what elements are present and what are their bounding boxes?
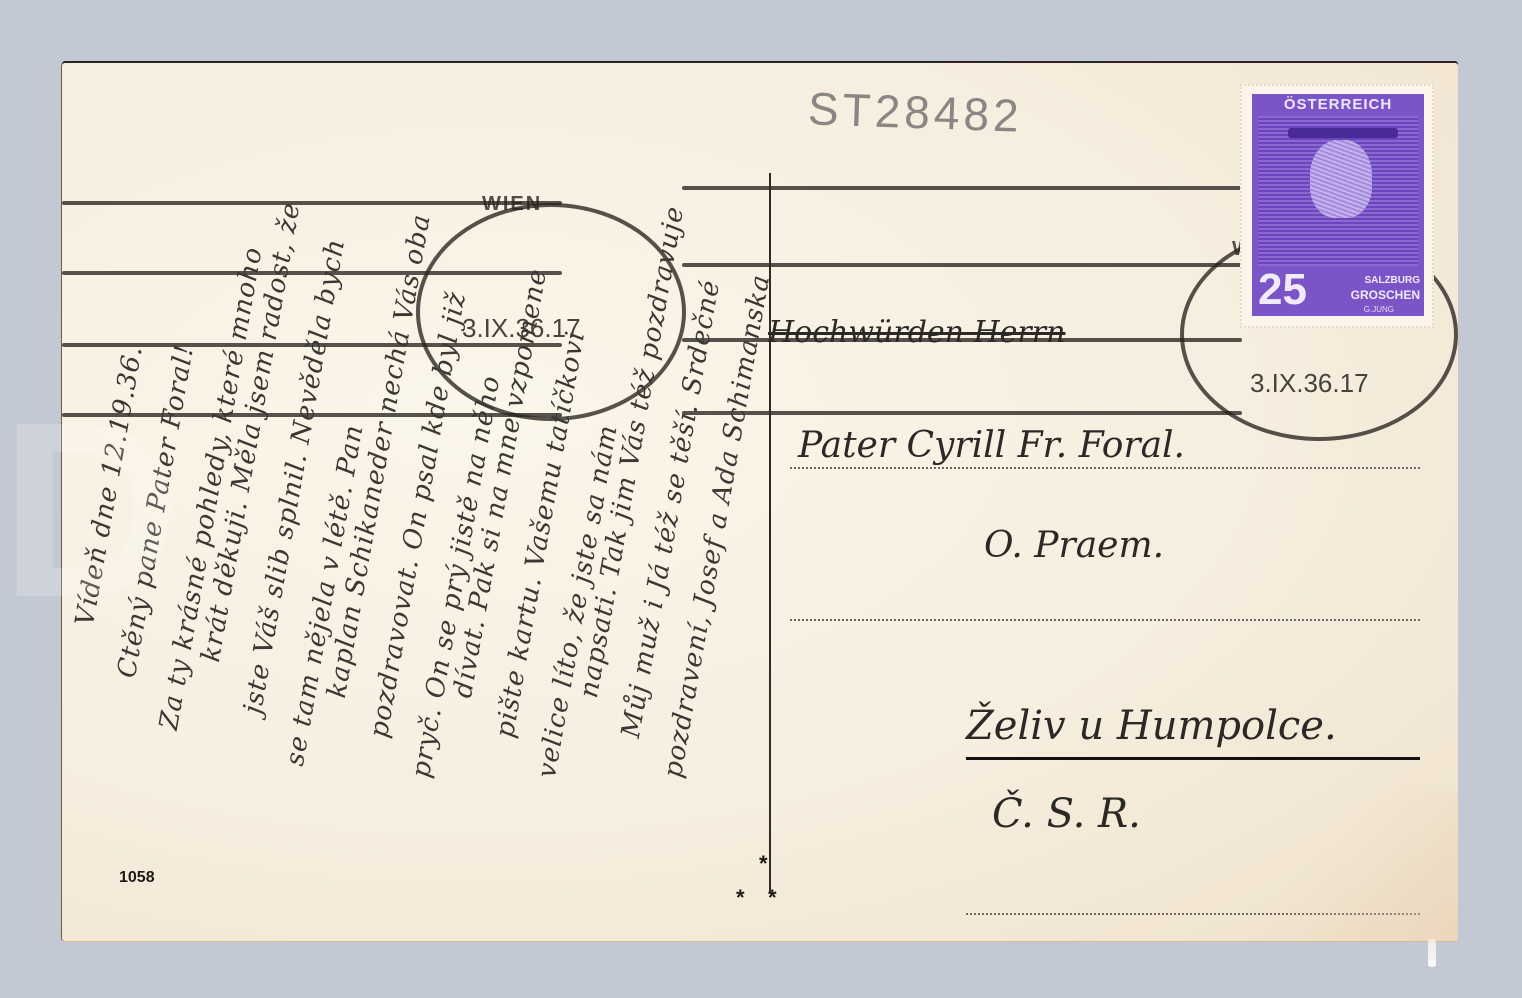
cancellation-line bbox=[682, 186, 1242, 190]
cancellation-line bbox=[682, 263, 1242, 267]
postmark-date: 3.IX.36.17 bbox=[1250, 368, 1369, 399]
asterisk-ornament: * bbox=[768, 885, 777, 911]
address-rule bbox=[790, 619, 1420, 621]
postmark-city: WIEN bbox=[482, 193, 542, 216]
string-tag bbox=[1428, 939, 1436, 967]
address-rule-underline bbox=[966, 757, 1420, 760]
cancellation-line bbox=[682, 411, 1242, 415]
stamp-engraver: G.JUNG bbox=[1364, 305, 1394, 314]
address-line-5: Č. S. R. bbox=[992, 791, 1141, 837]
address-rule bbox=[966, 913, 1420, 915]
stamp-woman-in-hat-icon bbox=[1258, 116, 1418, 266]
address-rule bbox=[790, 467, 1420, 469]
address-line-3: O. Praem. bbox=[984, 525, 1164, 566]
stamp-hat bbox=[1288, 128, 1398, 138]
address-line-2: Pater Cyrill Fr. Foral. bbox=[798, 425, 1185, 466]
card-number: 1058 bbox=[119, 869, 155, 887]
postage-stamp: ÖSTERREICH 25 SALZBURG GROSCHEN G.JUNG bbox=[1240, 84, 1434, 328]
asterisk-ornament: * bbox=[736, 885, 745, 911]
asterisk-ornament: * bbox=[759, 851, 768, 877]
stamp-design: ÖSTERREICH 25 SALZBURG GROSCHEN G.JUNG bbox=[1252, 94, 1424, 316]
address-line-4: Želiv u Humpolce. bbox=[966, 703, 1337, 749]
inventory-code: ST28482 bbox=[807, 81, 1023, 142]
stamp-face bbox=[1310, 140, 1372, 218]
stamp-country: ÖSTERREICH bbox=[1252, 96, 1424, 113]
address-line-1: Hochwürden Herrn bbox=[768, 315, 1065, 350]
postcard-back: WIEN 3.IX.36.17 WIEN 3.IX.36.17 ST28482 … bbox=[62, 63, 1458, 941]
stamp-value: 25 bbox=[1258, 268, 1307, 312]
stamp-place: SALZBURG bbox=[1364, 275, 1420, 286]
stamp-unit: GROSCHEN bbox=[1351, 288, 1420, 302]
